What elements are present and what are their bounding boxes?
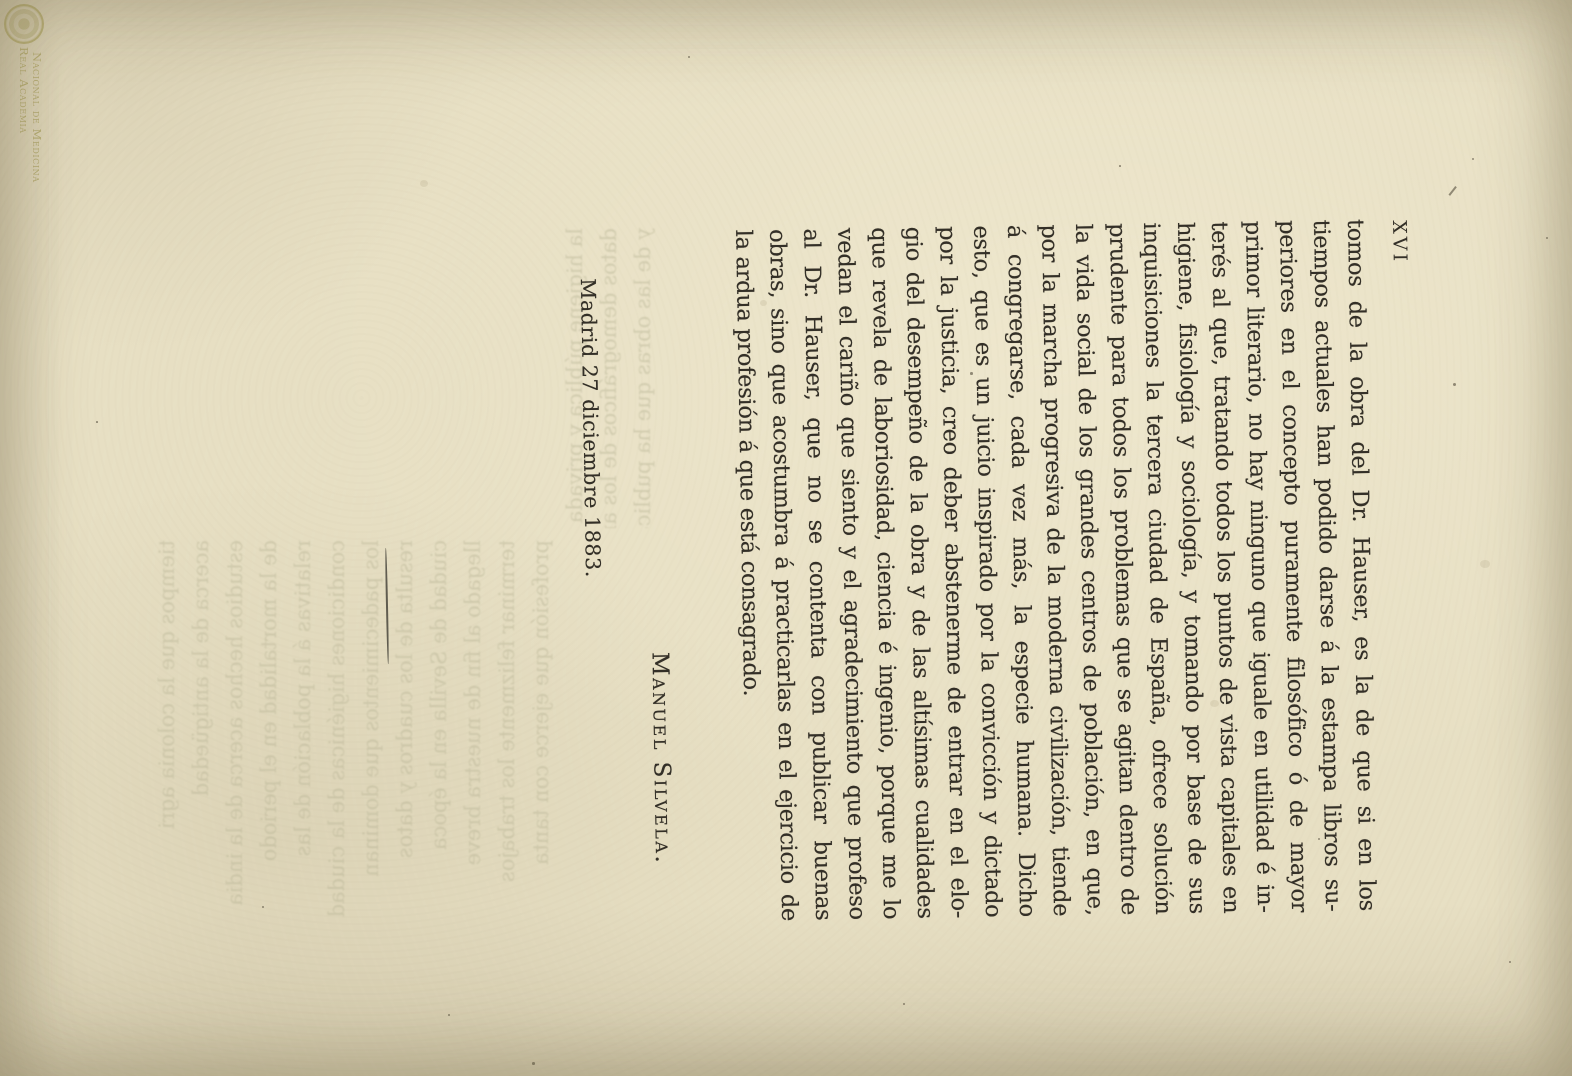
paper-blotch	[1480, 560, 1490, 568]
paper-blotch	[760, 300, 767, 306]
paper-blotch	[420, 180, 428, 187]
watermark-line-2: Nacional de Medicina	[30, 52, 44, 183]
bleed-line: los padecimientos que dominan	[354, 188, 388, 1068]
paper-speck	[903, 1003, 905, 1005]
paper-speck	[1250, 256, 1252, 258]
hair-artifact	[385, 548, 389, 664]
paper-speck	[96, 421, 98, 423]
paper-speck	[688, 56, 690, 58]
bleed-line: estudios hechos acerca de la india	[218, 188, 252, 1068]
watermark-line-1: Real Academia	[17, 47, 31, 134]
preface-paragraph: tomos de la obra del Dr. Hauser, es la d…	[726, 219, 1384, 930]
bleed-line: relativas á la población de las	[286, 188, 320, 1068]
bleed-line: tiempos que la colonia agri	[150, 188, 184, 1068]
library-seal-icon	[4, 4, 44, 44]
page-number: XVI	[1378, 218, 1424, 918]
paper-speck	[448, 1014, 450, 1016]
paper-speck	[1509, 961, 1511, 963]
bleed-line: ciudad de Sevilla en la época	[422, 188, 456, 1068]
date-line: Madrid 27 diciembre 1883.	[568, 232, 618, 933]
bleed-line: de la mortalidad en el periodo	[252, 188, 286, 1068]
scratch-artifact	[1448, 186, 1456, 196]
paper-speck	[970, 372, 973, 375]
paper-speck	[1546, 237, 1548, 239]
paper-speck	[1318, 838, 1320, 840]
paper-speck	[1119, 165, 1121, 167]
paper-speck	[1453, 383, 1456, 386]
paper-blotch	[1210, 700, 1219, 707]
bleed-line: llegado al fin de nuestra breve	[456, 188, 490, 1068]
bleed-line: condiciones higiénicas de la ciudad	[320, 188, 354, 1068]
paper-speck	[262, 906, 264, 908]
page-text-block: XVI tomos de la obra del Dr. Hauser, es …	[552, 218, 1424, 933]
page-scan: tiempos que la colonia agri acerca de la…	[0, 0, 1572, 1076]
bleed-line: acerca de la antigüedad	[184, 188, 218, 1068]
signature: Manuel Silvela.	[634, 231, 682, 932]
paper-speck	[1472, 158, 1474, 160]
paper-speck	[532, 1062, 535, 1065]
bleed-line: resulta de los cuadros y datos	[388, 188, 422, 1068]
bleed-line: terminar felizmente los trabajos	[490, 188, 524, 1068]
